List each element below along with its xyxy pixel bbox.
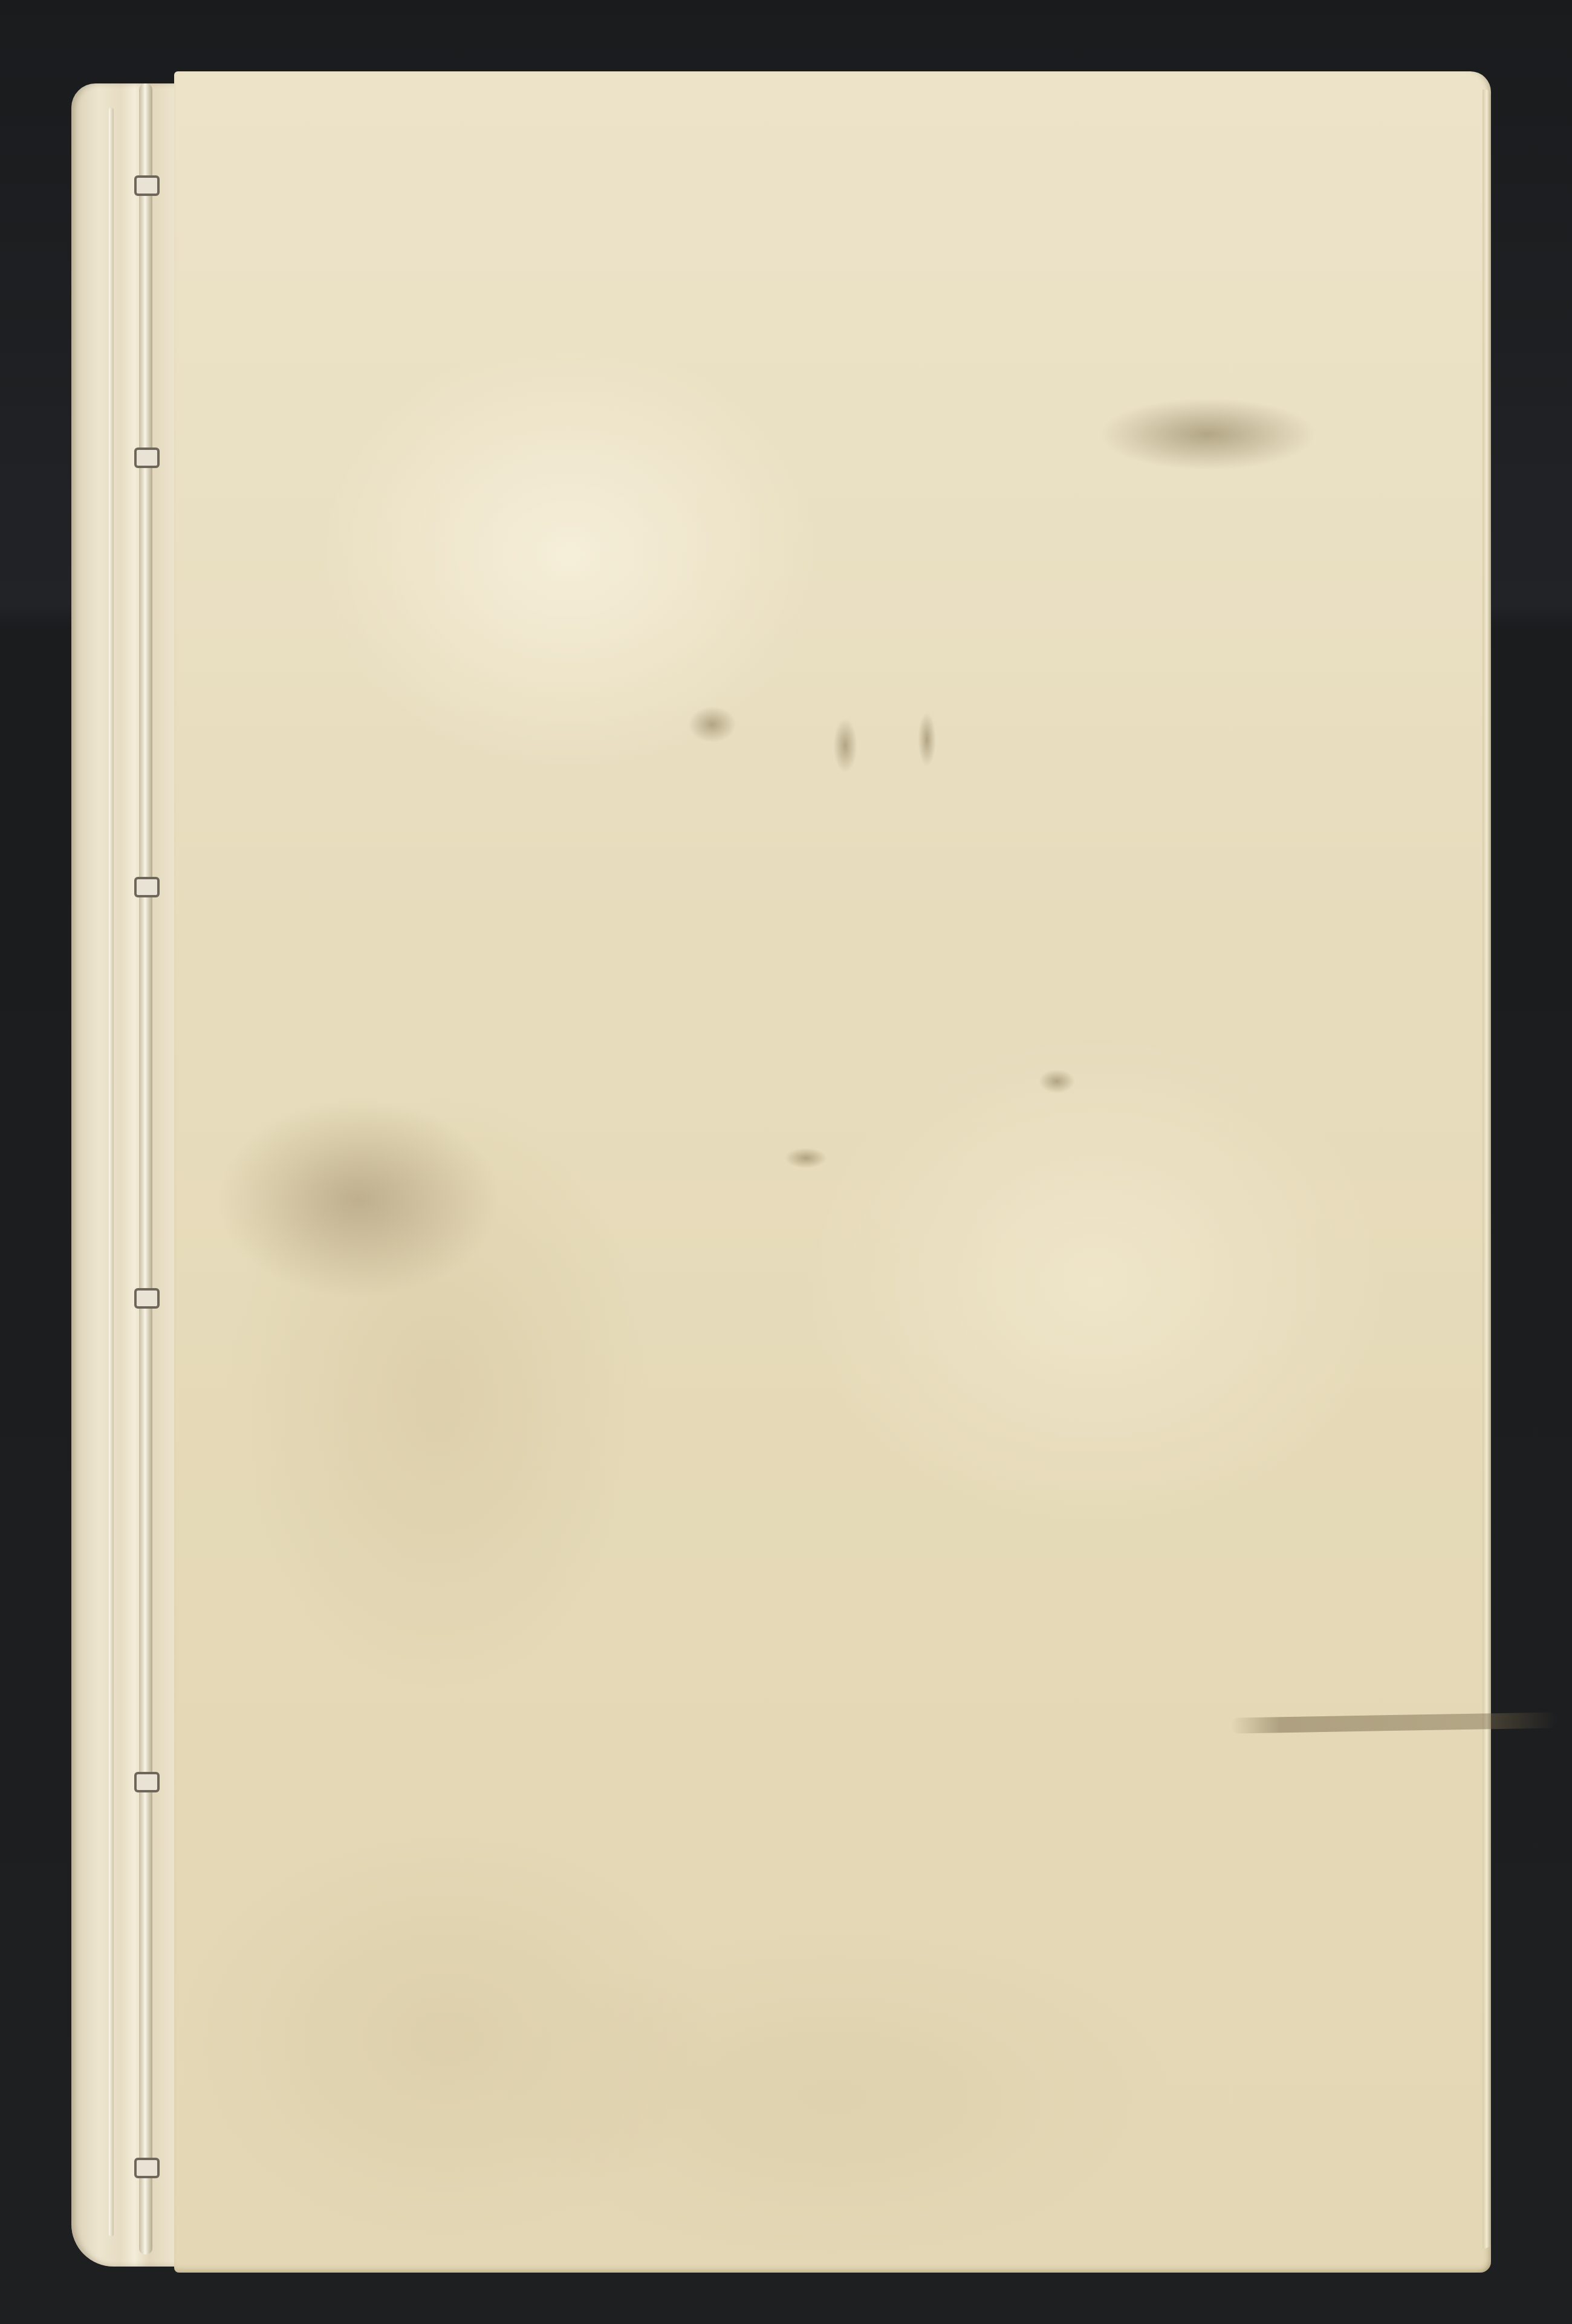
tacket-loop xyxy=(134,1288,160,1309)
stain-mark xyxy=(785,1148,827,1168)
faint-inscription-stain xyxy=(1099,398,1317,470)
tacket-loop xyxy=(134,2158,160,2178)
tacket-loop xyxy=(134,1772,160,1792)
stain-cluster xyxy=(216,1099,501,1299)
tacket-loop xyxy=(134,877,160,897)
book xyxy=(71,71,1491,2273)
stain-mark xyxy=(833,718,857,773)
stain-mark xyxy=(688,706,736,743)
stain-mark xyxy=(1039,1069,1075,1093)
spine-joint xyxy=(139,83,152,2254)
spine-fold-line xyxy=(109,108,114,2236)
stain-mark xyxy=(918,712,936,767)
cover-fore-edge xyxy=(1483,90,1491,2248)
cover-discoloration xyxy=(174,1825,718,2248)
book-spine xyxy=(71,83,180,2267)
tacket-loop xyxy=(134,448,160,468)
tacket-loop xyxy=(134,175,160,196)
